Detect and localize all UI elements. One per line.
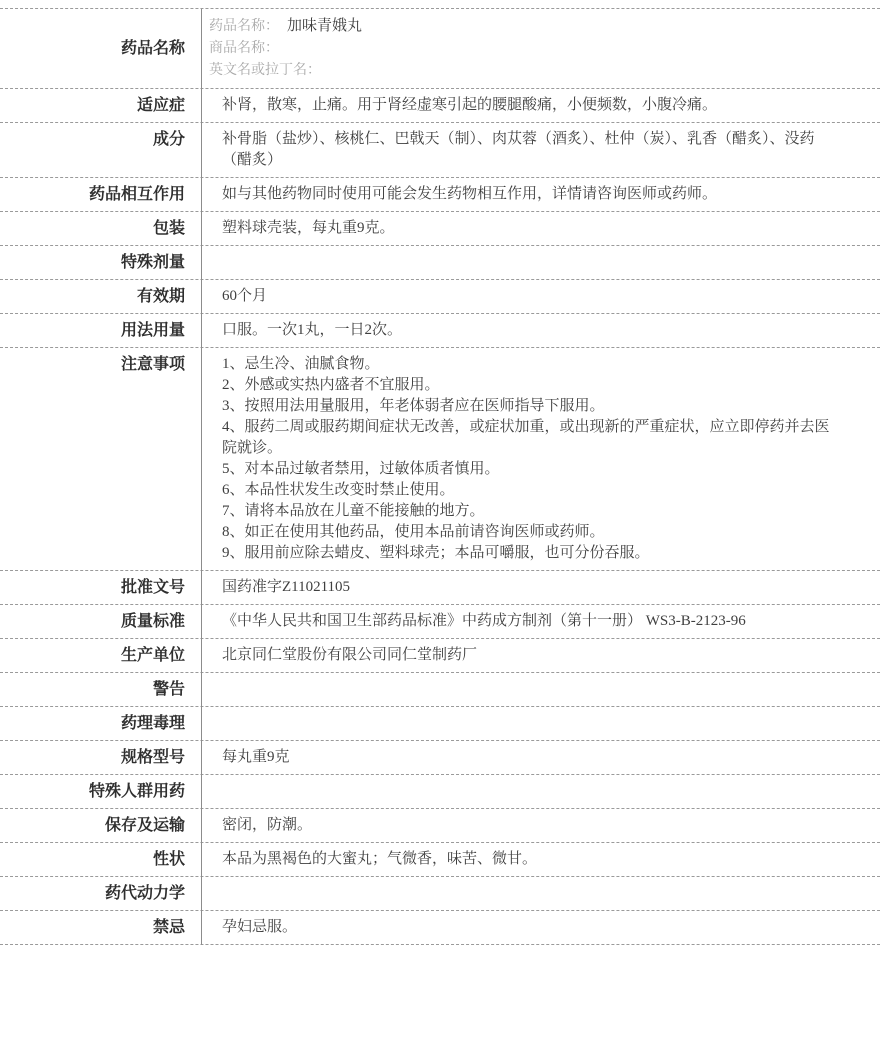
row-value: 如与其他药物同时使用可能会发生药物相互作用，详情请咨询医师或药师。 [201, 178, 841, 211]
row-storage-transport: 保存及运输 密闭，防潮。 [0, 809, 880, 843]
row-drug-name: 药品名称 药品名称：加味青娥丸 商品名称： 英文名或拉丁名： [0, 9, 880, 89]
drug-name-field-label: 药品名称： [209, 19, 279, 34]
row-label: 禁忌 [0, 911, 201, 944]
row-label: 注意事项 [0, 348, 201, 570]
row-label: 成分 [0, 123, 201, 177]
row-value [201, 246, 841, 279]
row-label: 警告 [0, 673, 201, 706]
precaution-item: 4、服药二周或服药期间症状无改善，或症状加重，或出现新的严重症状，应立即停药并去… [222, 417, 833, 459]
row-value: 本品为黑褐色的大蜜丸；气微香，味苦、微甘。 [201, 843, 841, 876]
row-approval-number: 批准文号 国药准字Z11021105 [0, 571, 880, 605]
row-value: 补肾，散寒，止痛。用于肾经虚寒引起的腰腿酸痛，小便频数，小腹冷痛。 [201, 89, 841, 122]
row-value: 补骨脂（盐炒）、核桃仁、巴戟天（制）、肉苁蓉（酒炙）、杜仲（炭）、乳香（醋炙）、… [201, 123, 841, 177]
drug-name-block: 药品名称：加味青娥丸 商品名称： 英文名或拉丁名： [201, 9, 841, 88]
row-value: 每丸重9克 [201, 741, 841, 774]
row-label: 药品相互作用 [0, 178, 201, 211]
row-label: 特殊剂量 [0, 246, 201, 279]
precaution-item: 5、对本品过敏者禁用，过敏体质者慎用。 [222, 459, 833, 480]
precaution-item: 3、按照用法用量服用，年老体弱者应在医师指导下服用。 [222, 396, 833, 417]
row-warning: 警告 [0, 673, 880, 707]
trade-name-field-label: 商品名称： [209, 38, 833, 60]
row-label: 包装 [0, 212, 201, 245]
row-label: 药代动力学 [0, 877, 201, 910]
precaution-item: 9、服用前应除去蜡皮、塑料球壳；本品可嚼服，也可分份吞服。 [222, 543, 833, 564]
row-pharmacology-toxicology: 药理毒理 [0, 707, 880, 741]
row-specification: 规格型号 每丸重9克 [0, 741, 880, 775]
precaution-item: 8、如正在使用其他药品，使用本品前请咨询医师或药师。 [222, 522, 833, 543]
row-contraindications: 禁忌 孕妇忌服。 [0, 911, 880, 945]
row-value: 北京同仁堂股份有限公司同仁堂制药厂 [201, 639, 841, 672]
row-special-dosage: 特殊剂量 [0, 246, 880, 280]
row-drug-interactions: 药品相互作用 如与其他药物同时使用可能会发生药物相互作用，详情请咨询医师或药师。 [0, 178, 880, 212]
row-value [201, 707, 841, 740]
row-packaging: 包装 塑料球壳装，每丸重9克。 [0, 212, 880, 246]
row-label: 用法用量 [0, 314, 201, 347]
row-value: 国药准字Z11021105 [201, 571, 841, 604]
row-special-population: 特殊人群用药 [0, 775, 880, 809]
row-label: 批准文号 [0, 571, 201, 604]
row-label: 规格型号 [0, 741, 201, 774]
row-value: 孕妇忌服。 [201, 911, 841, 944]
row-indications: 适应症 补肾，散寒，止痛。用于肾经虚寒引起的腰腿酸痛，小便频数，小腹冷痛。 [0, 89, 880, 123]
precaution-item: 7、请将本品放在儿童不能接触的地方。 [222, 501, 833, 522]
row-manufacturer: 生产单位 北京同仁堂股份有限公司同仁堂制药厂 [0, 639, 880, 673]
row-label: 生产单位 [0, 639, 201, 672]
drug-info-table: 药品名称 药品名称：加味青娥丸 商品名称： 英文名或拉丁名： 适应症 补肾，散寒… [0, 8, 880, 945]
row-label: 药理毒理 [0, 707, 201, 740]
row-value [201, 673, 841, 706]
row-quality-standard: 质量标准 《中华人民共和国卫生部药品标准》中药成方制剂（第十一册） WS3-B-… [0, 605, 880, 639]
row-pharmacokinetics: 药代动力学 [0, 877, 880, 911]
row-label: 药品名称 [0, 32, 201, 65]
row-label: 有效期 [0, 280, 201, 313]
english-name-field-label: 英文名或拉丁名： [209, 60, 833, 82]
row-label: 质量标准 [0, 605, 201, 638]
precaution-item: 6、本品性状发生改变时禁止使用。 [222, 480, 833, 501]
row-label: 特殊人群用药 [0, 775, 201, 808]
row-label: 保存及运输 [0, 809, 201, 842]
drug-name-value: 加味青娥丸 [287, 18, 362, 34]
row-label: 适应症 [0, 89, 201, 122]
row-ingredients: 成分 补骨脂（盐炒）、核桃仁、巴戟天（制）、肉苁蓉（酒炙）、杜仲（炭）、乳香（醋… [0, 123, 880, 178]
row-dosage-usage: 用法用量 口服。一次1丸，一日2次。 [0, 314, 880, 348]
row-value: 《中华人民共和国卫生部药品标准》中药成方制剂（第十一册） WS3-B-2123-… [201, 605, 841, 638]
row-value [201, 877, 841, 910]
drug-name-line: 药品名称：加味青娥丸 [209, 15, 833, 38]
row-value: 口服。一次1丸，一日2次。 [201, 314, 841, 347]
row-value: 塑料球壳装，每丸重9克。 [201, 212, 841, 245]
precaution-item: 1、忌生冷、油腻食物。 [222, 354, 833, 375]
precautions-list: 1、忌生冷、油腻食物。 2、外感或实热内盛者不宜服用。 3、按照用法用量服用，年… [201, 348, 841, 570]
row-value: 60个月 [201, 280, 841, 313]
row-label: 性状 [0, 843, 201, 876]
precaution-item: 2、外感或实热内盛者不宜服用。 [222, 375, 833, 396]
row-properties: 性状 本品为黑褐色的大蜜丸；气微香，味苦、微甘。 [0, 843, 880, 877]
row-value [201, 775, 841, 808]
row-value: 密闭，防潮。 [201, 809, 841, 842]
row-precautions: 注意事项 1、忌生冷、油腻食物。 2、外感或实热内盛者不宜服用。 3、按照用法用… [0, 348, 880, 571]
row-shelf-life: 有效期 60个月 [0, 280, 880, 314]
